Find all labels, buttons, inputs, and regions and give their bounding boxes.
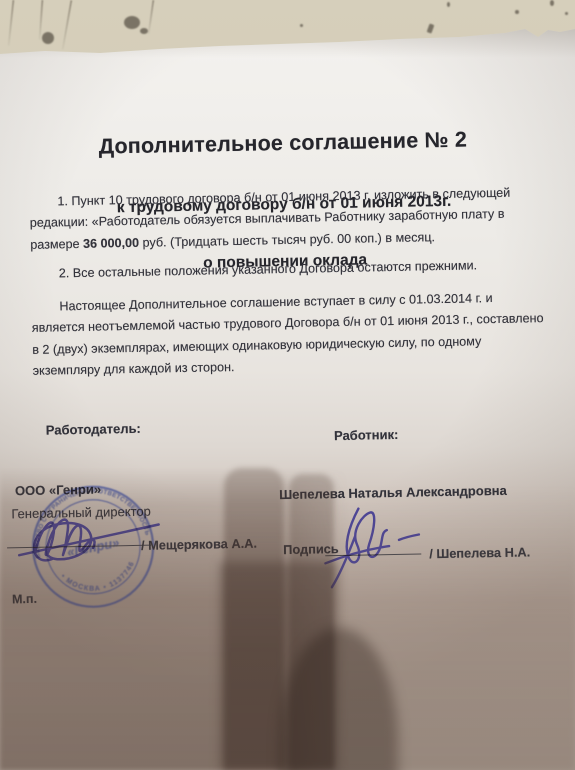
wall-mark [427,23,435,33]
wall-mark [300,24,303,27]
employer-label: Работодатель: [46,421,141,438]
wall-mark [140,28,148,34]
wall-mark [42,32,54,44]
wall-scratch [148,0,155,34]
paper-sheet: Дополнительное соглашение № 2 к трудовом… [0,0,575,770]
wall-mark [565,12,568,15]
seal-place-note: М.п. [12,592,37,606]
wall-mark [515,10,519,14]
photo-of-paper-document: Дополнительное соглашение № 2 к трудовом… [0,0,575,770]
paragraph-1-tail: руб. (Тридцать шесть тысяч руб. 00 коп.)… [139,230,435,250]
agreement-document: Дополнительное соглашение № 2 к трудовом… [0,0,575,770]
wall-mark [550,0,554,6]
wall-mark [447,2,450,7]
employer-name: / Мещерякова А.А. [141,536,257,553]
employee-name: / Шепелева Н.А. [429,544,530,561]
signature-label: Подпись [283,541,339,557]
agreement-paragraph-3: Настоящее Дополнительное соглашение всту… [31,287,547,382]
wall-mark [124,16,140,29]
title-line-1: Дополнительное соглашение № 2 [0,123,571,164]
employee-label: Работник: [334,427,399,443]
wall-scratch [62,0,73,50]
wall-scratch [8,0,15,46]
salary-amount: 36 000,00 [83,235,139,250]
agreement-paragraph-1: 1. Пункт 10 трудового договора б/н от 01… [29,182,544,256]
